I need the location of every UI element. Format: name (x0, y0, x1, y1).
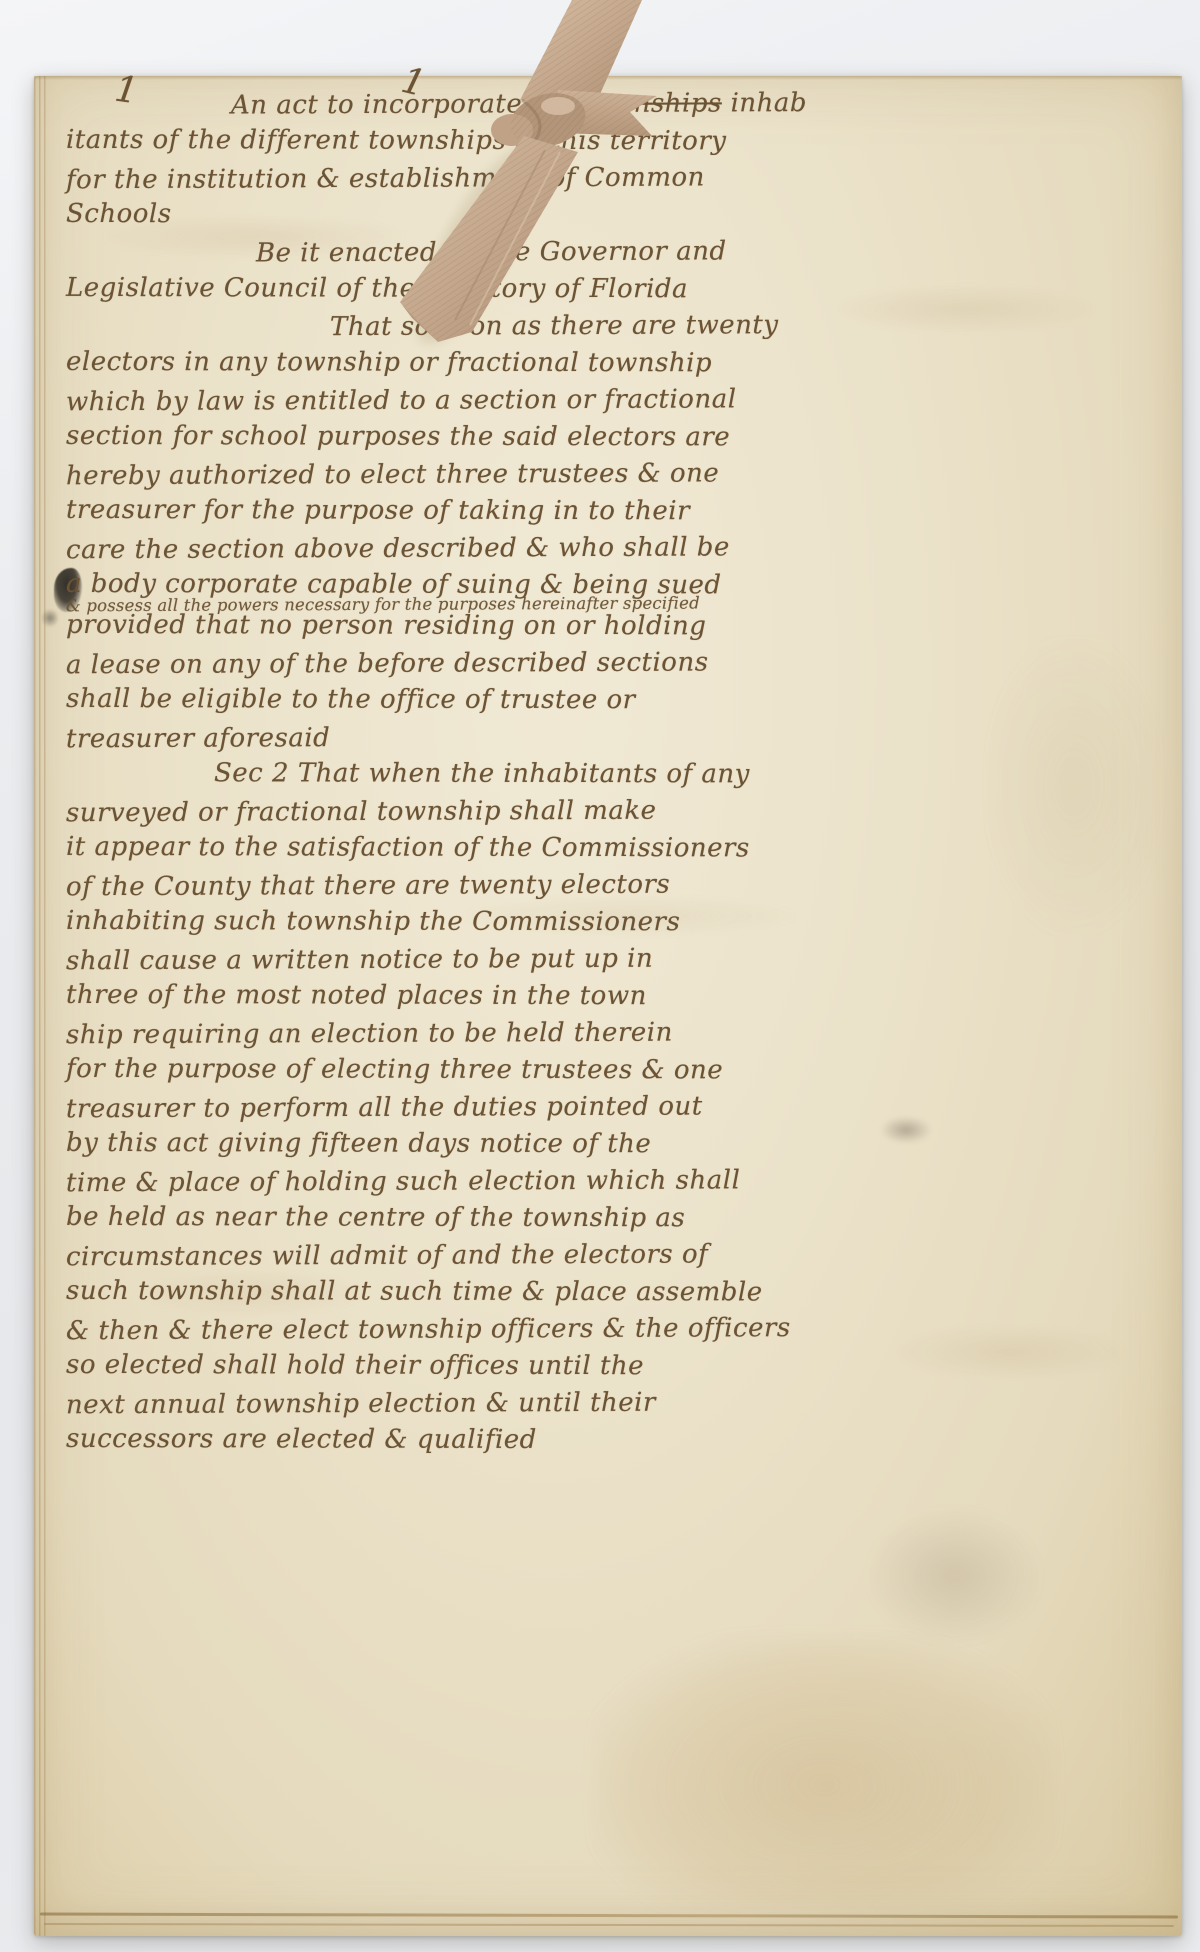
manuscript-line: by this act giving fifteen days notice o… (66, 1125, 1096, 1164)
manuscript-line: treasurer aforesaid (66, 717, 1096, 758)
manuscript-line: next annual township election & until th… (66, 1383, 1096, 1424)
paper-top-edge (34, 76, 1182, 80)
struck-word: townships (584, 88, 722, 119)
manuscript-line: Be it enacted by the Governor and (66, 232, 1096, 273)
manuscript-line: a lease on any of the before described s… (66, 643, 1096, 684)
manuscript-line: so elected shall hold their offices unti… (66, 1347, 1096, 1386)
manuscript-line: be held as near the centre of the townsh… (66, 1199, 1096, 1238)
manuscript-line: treasurer to perform all the duties poin… (66, 1087, 1096, 1128)
manuscript-line: surveyed or fractional township shall ma… (66, 791, 1096, 832)
manuscript-line: electors in any township or fractional t… (66, 344, 1096, 383)
manuscript-line: time & place of holding such election wh… (66, 1161, 1096, 1202)
manuscript-line: inhabiting such township the Commissione… (66, 903, 1096, 942)
manuscript-line: treasurer for the purpose of taking in t… (66, 492, 1096, 531)
manuscript-line: & then & there elect township officers &… (66, 1309, 1096, 1350)
manuscript-line: which by law is entitled to a section or… (66, 380, 1096, 421)
faint-stain (864, 1506, 1044, 1646)
manuscript-line: Sec 2 That when the inhabitants of any (66, 755, 1096, 794)
stacked-sheet-edges (34, 76, 48, 1936)
manuscript-lines: An act to incorporate the townships inha… (66, 86, 1096, 1459)
manuscript-line: care the section above described & who s… (66, 528, 1096, 569)
manuscript-line: for the institution & establishment of C… (66, 158, 1096, 199)
manuscript-line: provided that no person residing on or h… (66, 607, 1096, 646)
paper-bottom-edge (40, 1913, 1178, 1919)
manuscript-line: successors are elected & qualified (66, 1421, 1096, 1460)
manuscript-line: itants of the different townships of thi… (66, 122, 1096, 161)
manuscript-line: section for school purposes the said ele… (66, 418, 1096, 457)
manuscript-line: That so soon as there are twenty (66, 306, 1096, 347)
paper-bottom-edge-under (44, 1923, 1174, 1927)
manuscript-line: An act to incorporate the townships inha… (66, 84, 1096, 125)
manuscript-line: three of the most noted places in the to… (66, 977, 1096, 1016)
manuscript-line: for the purpose of electing three truste… (66, 1051, 1096, 1090)
manuscript-line: it appear to the satisfaction of the Com… (66, 829, 1096, 868)
manuscript-line: of the County that there are twenty elec… (66, 865, 1096, 906)
line-text: inhab (722, 88, 807, 118)
manuscript-line: shall be eligible to the office of trust… (66, 681, 1096, 720)
manuscript-line: shall cause a written notice to be put u… (66, 939, 1096, 980)
manuscript-line: Schools (66, 196, 1096, 235)
manuscript-line: Legislative Council of the Territory of … (66, 270, 1096, 309)
manuscript-line: circumstances will admit of and the elec… (66, 1235, 1096, 1276)
manuscript-line: hereby authorized to elect three trustee… (66, 454, 1096, 495)
manuscript-line: such township shall at such time & place… (66, 1273, 1096, 1312)
manuscript-line: ship requiring an election to be held th… (66, 1013, 1096, 1054)
water-stain (594, 1636, 1054, 1906)
photograph-background: 1 1 An act to incorporate the townships … (0, 0, 1200, 1952)
line-text: An act to incorporate the (231, 89, 584, 121)
